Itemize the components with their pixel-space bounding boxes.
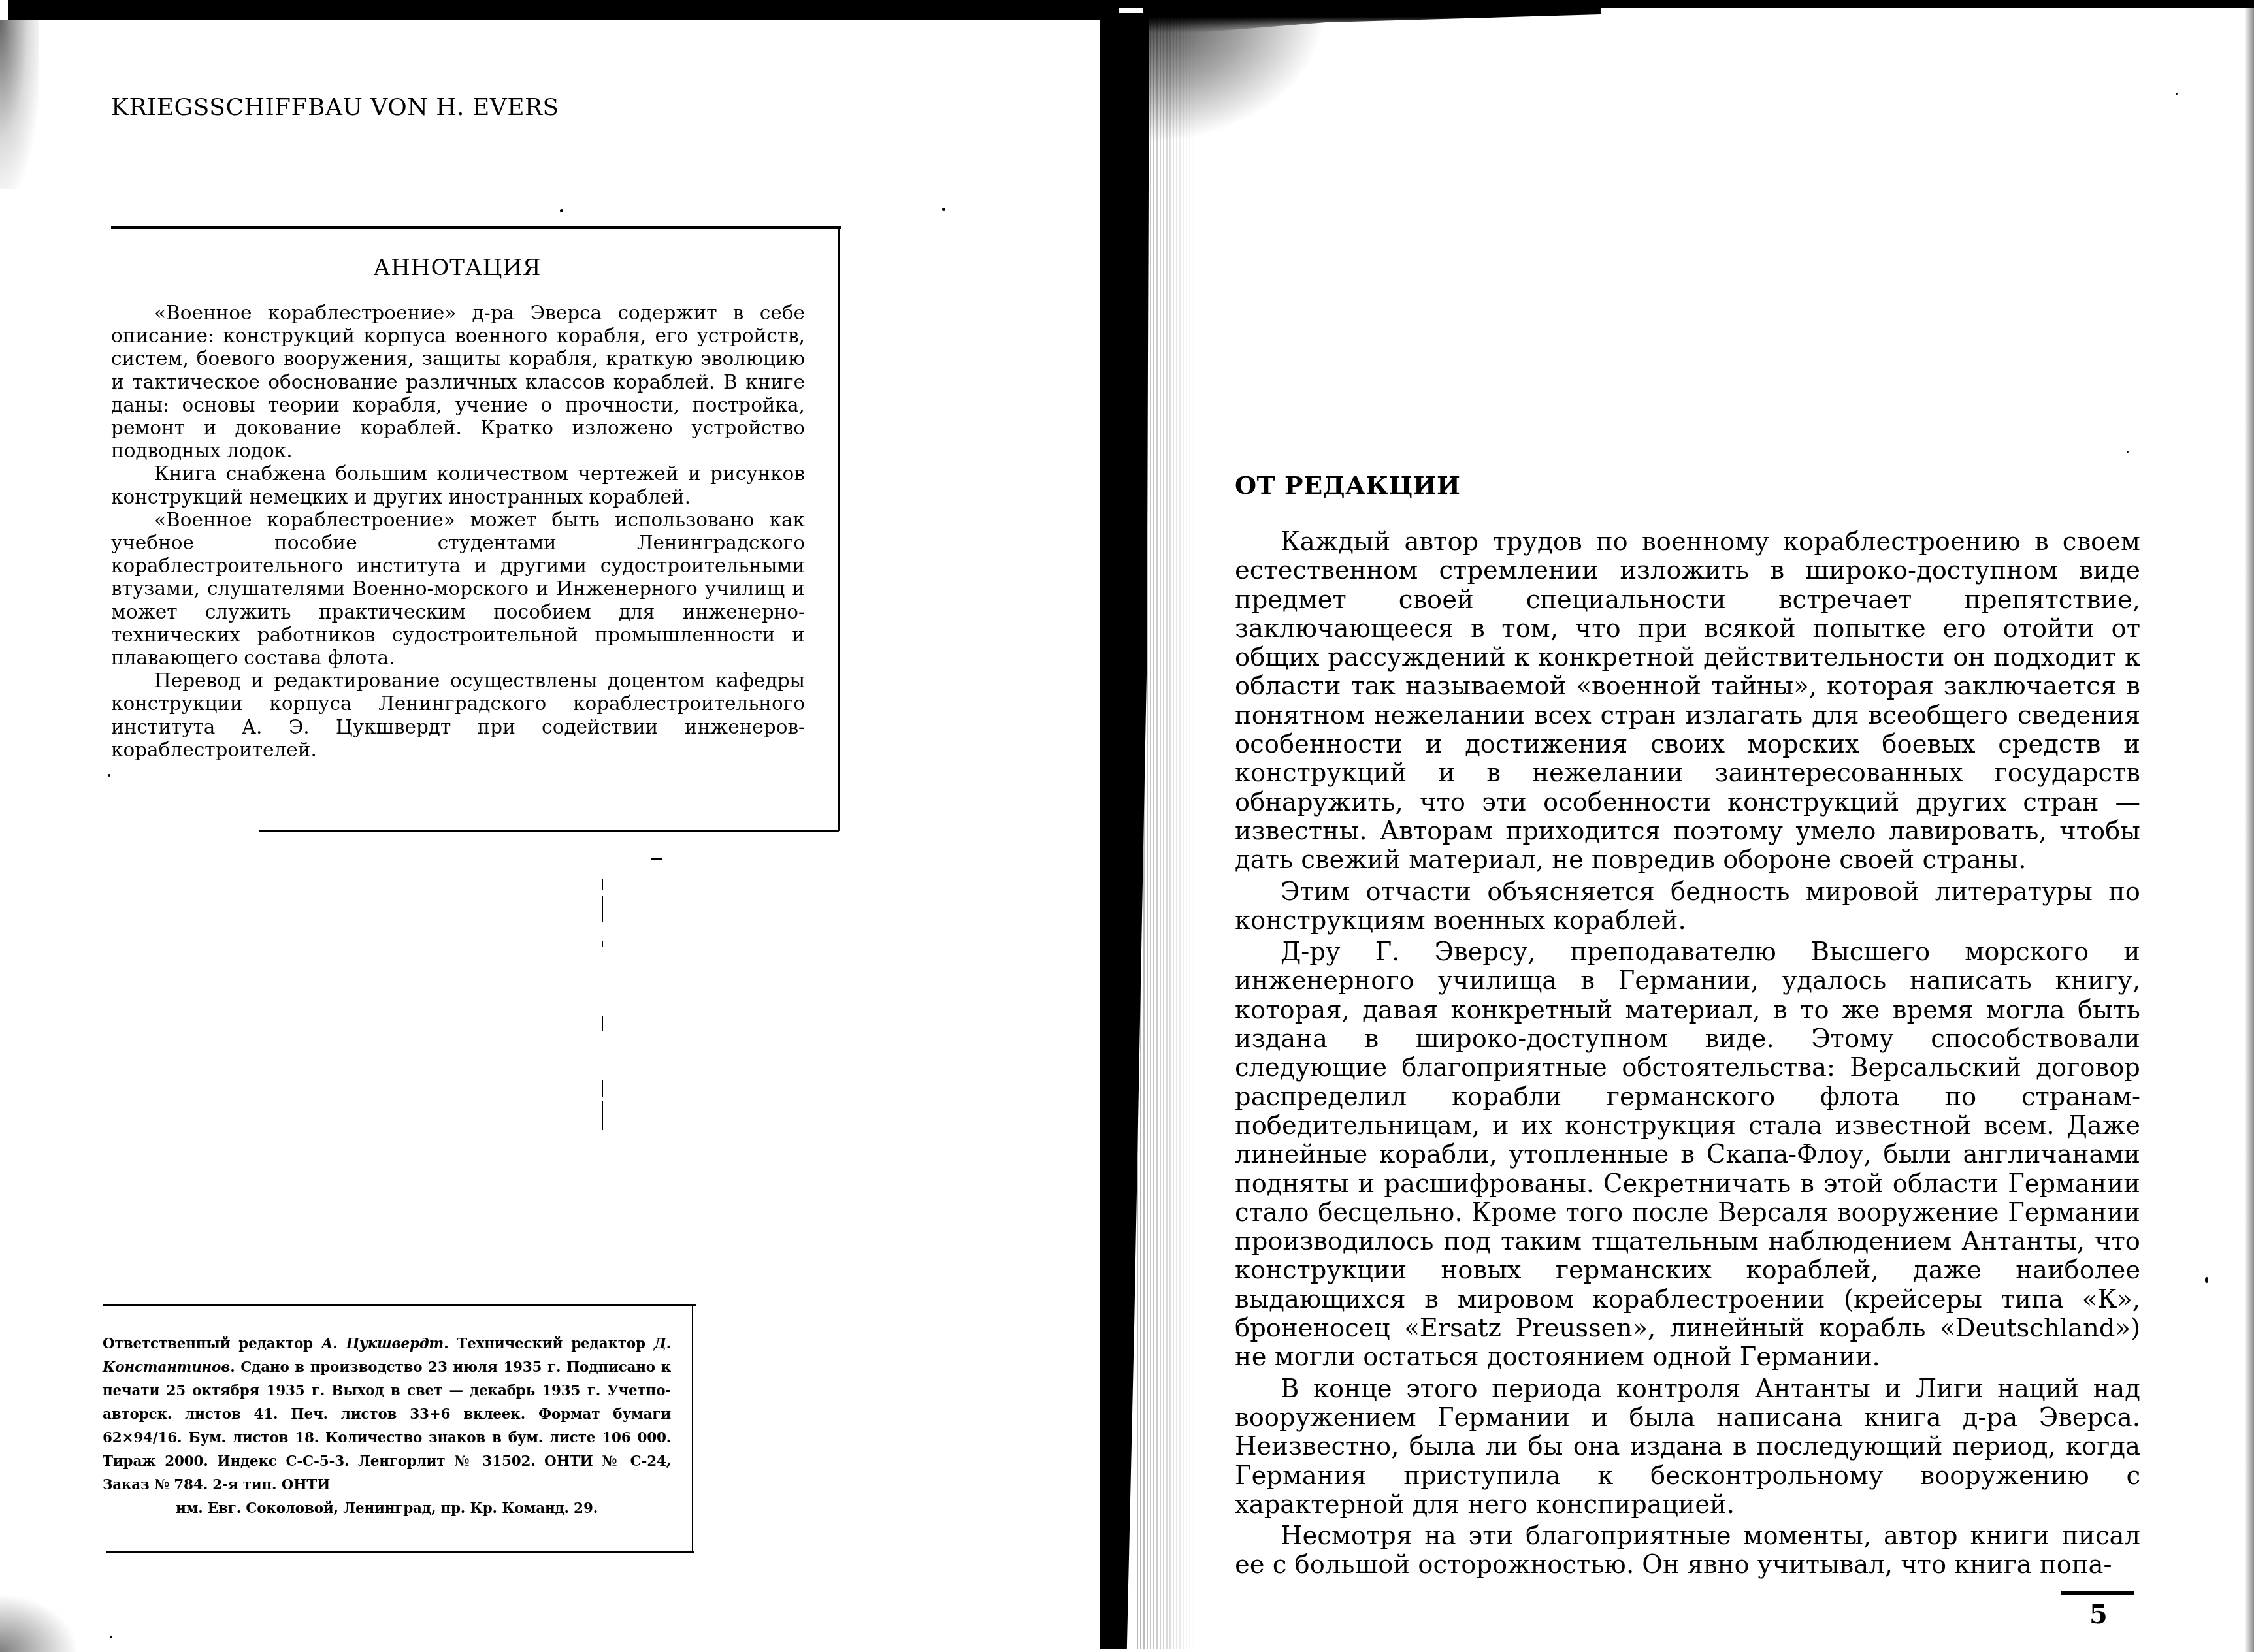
annotation-paragraph: Книга снабжена большим количеством черте…: [111, 462, 805, 508]
scan-bottom-left-speckle: [0, 1594, 78, 1652]
annotation-right-rule: [838, 229, 840, 831]
annotation-paragraph: Перевод и редактирование осуществлены до…: [111, 670, 805, 762]
dust-speck: [108, 774, 110, 777]
imprint-text-part: Ответственный редактор: [103, 1336, 321, 1352]
annotation-top-rule: [111, 226, 841, 229]
dust-speck: [560, 209, 563, 212]
editorial-paragraph: Этим отчасти объясняется бедность мирово…: [1235, 878, 2140, 936]
imprint-text-part: . Технический редактор: [444, 1336, 654, 1352]
editorial-paragraph: Каждый автор трудов по военному кораблес…: [1235, 528, 2140, 875]
editorial-paragraph: В конце этого периода контроля Антанты и…: [1235, 1375, 2140, 1519]
imprint-text-part: . Сдано в производство 23 июля 1935 г. П…: [103, 1359, 671, 1493]
imprint-right-rule: [692, 1306, 693, 1551]
annotation-paragraph: «Военное кораблестроение» д-ра Эверса со…: [111, 302, 805, 462]
imprint-text: Ответственный редактор А. Цукшвердт. Тех…: [103, 1333, 671, 1521]
annotation-paragraph: «Военное кораблестроение» может быть исп…: [111, 509, 805, 670]
editorial-body: Каждый автор трудов по военному кораблес…: [1235, 528, 2140, 1583]
page-number: 5: [2089, 1599, 2108, 1630]
scan-left-edge-speckle: [0, 20, 39, 189]
stray-vertical-mark: [602, 1101, 603, 1130]
annotation-title: АННОТАЦИЯ: [111, 255, 804, 281]
editorial-paragraph: Несмотря на эти благоприятные моменты, а…: [1235, 1522, 2140, 1580]
dust-speck: [110, 1636, 112, 1638]
gutter-speckle: [1137, 13, 1196, 1649]
stray-vertical-mark: [602, 896, 603, 922]
stray-vertical-mark: [602, 1016, 603, 1031]
imprint-bottom-rule: [106, 1551, 694, 1553]
running-head: KRIEGSSCHIFFBAU VON H. EVERS: [111, 94, 559, 121]
stray-dash-mark: [651, 858, 662, 860]
annotation-body: «Военное кораблестроение» д-ра Эверса со…: [111, 302, 805, 762]
imprint-top-rule: [103, 1304, 696, 1306]
dust-speck: [2205, 1277, 2208, 1283]
imprint-address: им. Евг. Соколовой, Ленинград, пр. Кр. К…: [103, 1497, 671, 1521]
stray-vertical-mark: [602, 1080, 603, 1097]
page-number-rule: [2061, 1591, 2134, 1595]
stray-vertical-mark: [602, 879, 603, 890]
stray-vertical-mark: [602, 941, 603, 947]
annotation-bottom-rule: [259, 830, 839, 832]
scan-right-edge: [2244, 0, 2254, 1652]
dust-speck: [2176, 93, 2178, 95]
editorial-paragraph: Д-ру Г. Эверсу, преподавателю Высшего мо…: [1235, 938, 2140, 1372]
dust-speck: [2127, 451, 2129, 453]
dust-speck: [942, 208, 945, 211]
imprint-editor-name: А. Цукшвердт: [321, 1336, 444, 1352]
scan-top-shadow-left: [8, 0, 1119, 20]
section-title: ОТ РЕДАКЦИИ: [1235, 470, 1460, 500]
